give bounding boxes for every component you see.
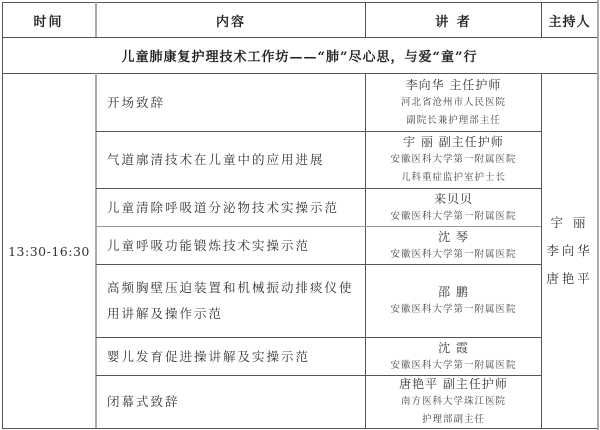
header-time-label: 时间: [33, 11, 63, 30]
speaker-name: 来贝贝: [434, 190, 473, 208]
host-name: 李向华: [546, 237, 593, 265]
host-cell: 宇 丽 李向华 唐艳平: [542, 74, 597, 428]
header-host: 主持人: [542, 3, 597, 37]
speaker-position: 副院长兼护理部主任: [406, 112, 501, 130]
header-host-label: 主持人: [548, 11, 590, 30]
header-speaker-label: 讲 者: [435, 11, 472, 30]
time-slot-cell: 13:30-16:30: [3, 74, 95, 428]
host-name: 唐艳平: [546, 265, 593, 293]
session-speaker: 宇 丽 副主任护师 安徽医科大学第一附属医院 儿科重症监护室护士长: [366, 132, 541, 188]
session-content: 婴儿发育促进操讲解及实操示范: [97, 338, 365, 375]
speaker-position: 护理部副主任: [422, 411, 485, 429]
speaker-affiliation: 安徽医科大学第一附属医院: [390, 357, 516, 375]
session-speaker: 唐艳平 副主任护师 南方医科大学珠江医院 护理部副主任: [366, 376, 541, 428]
header-content-label: 内容: [216, 11, 246, 30]
session-content: 儿童清除呼吸道分泌物技术实操示范: [97, 189, 365, 226]
session-title: 开场致辞: [107, 90, 165, 116]
speaker-name: 李向华 主任护师: [406, 76, 502, 94]
workshop-title-row: 儿童肺康复护理技术工作坊——“肺”尽心思，与爱“童”行: [2, 38, 597, 73]
speaker-affiliation: 河北省沧州市人民医院: [401, 94, 506, 112]
table-border-bottom: [2, 428, 599, 429]
session-title-line: 用讲解及操作示范: [107, 301, 223, 327]
speaker-name: 唐艳平 副主任护师: [399, 375, 508, 393]
session-title: 闭幕式致辞: [107, 389, 180, 415]
session-title: 儿童清除呼吸道分泌物技术实操示范: [107, 195, 339, 221]
session-content: 闭幕式致辞: [97, 376, 365, 428]
host-name: 宇 丽: [551, 209, 589, 237]
session-speaker: 来贝贝 安徽医科大学第一附属医院: [366, 189, 541, 226]
speaker-affiliation: 南方医科大学珠江医院: [401, 393, 506, 411]
session-speaker: 李向华 主任护师 河北省沧州市人民医院 副院长兼护理部主任: [366, 74, 541, 131]
time-slot: 13:30-16:30: [8, 244, 90, 259]
speaker-name: 沈 霞: [438, 339, 469, 357]
table-border-right: [597, 0, 599, 430]
speaker-affiliation: 安徽医科大学第一附属医院: [390, 301, 516, 319]
session-speaker: 邵 鹏 安徽医科大学第一附属医院: [366, 265, 541, 337]
speaker-name: 沈 琴: [438, 228, 469, 246]
session-content: 高频胸壁压迫装置和机械振动排痰仪使 用讲解及操作示范: [97, 265, 365, 337]
session-title: 婴儿发育促进操讲解及实操示范: [107, 344, 310, 370]
header-content: 内容: [97, 3, 365, 37]
session-title: 儿童呼吸功能锻炼技术实操示范: [107, 233, 310, 259]
speaker-affiliation: 安徽医科大学第一附属医院: [390, 246, 516, 264]
speaker-affiliation: 安徽医科大学第一附属医院: [390, 208, 516, 226]
session-content: 开场致辞: [97, 74, 365, 131]
header-speaker: 讲 者: [366, 3, 541, 37]
header-time: 时间: [2, 3, 95, 37]
speaker-name: 邵 鹏: [438, 283, 469, 301]
session-content: 气道廓清技术在儿童中的应用进展: [97, 132, 365, 188]
speaker-position: 儿科重症监护室护士长: [401, 169, 506, 187]
session-title: 气道廓清技术在儿童中的应用进展: [107, 147, 325, 173]
speaker-affiliation: 安徽医科大学第一附属医院: [390, 151, 516, 169]
session-title-line: 高频胸壁压迫装置和机械振动排痰仪使: [107, 275, 354, 301]
speaker-name: 宇 丽 副主任护师: [403, 133, 504, 151]
session-speaker: 沈 霞 安徽医科大学第一附属医院: [366, 338, 541, 375]
session-speaker: 沈 琴 安徽医科大学第一附属医院: [366, 227, 541, 264]
session-content: 儿童呼吸功能锻炼技术实操示范: [97, 227, 365, 264]
workshop-title: 儿童肺康复护理技术工作坊——“肺”尽心思，与爱“童”行: [122, 46, 478, 65]
